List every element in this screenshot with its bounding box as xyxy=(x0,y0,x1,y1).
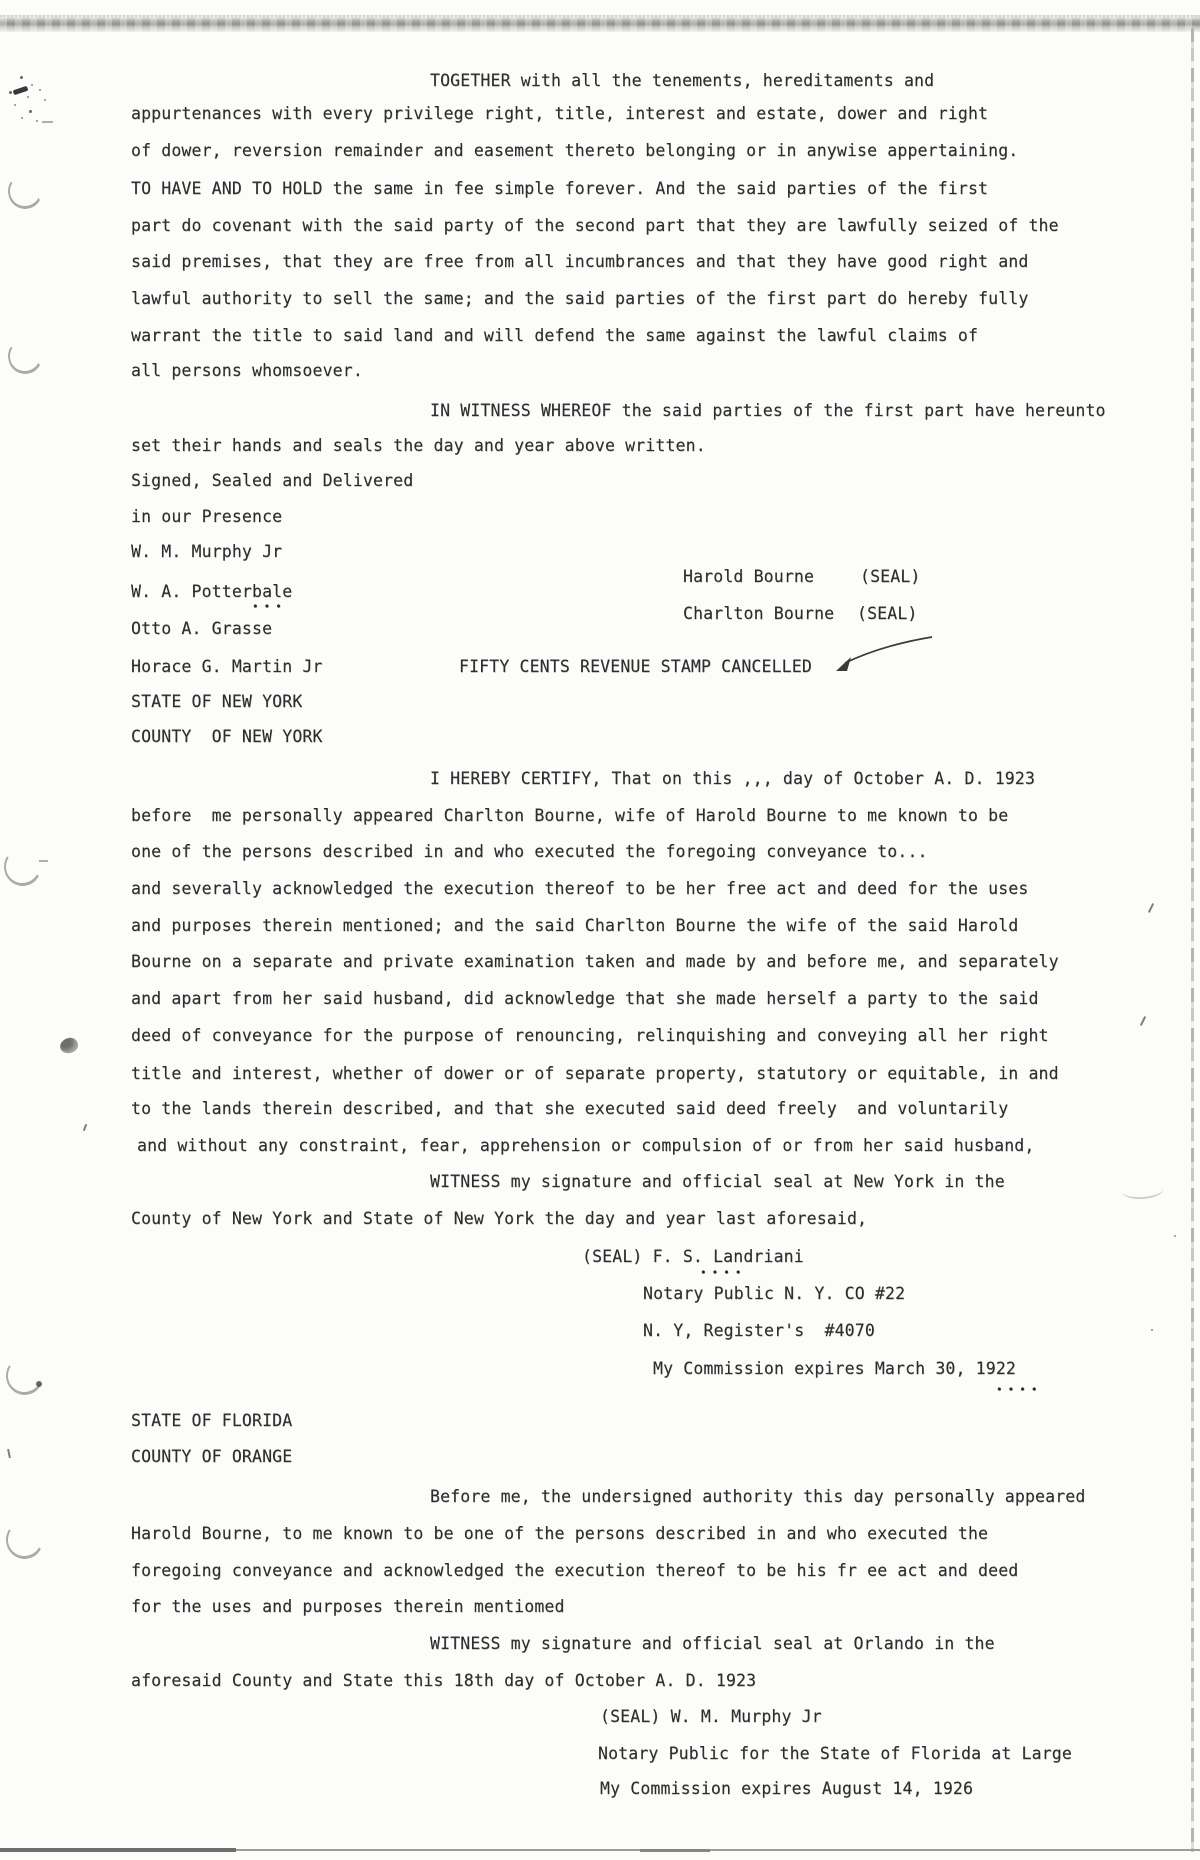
text-line: and purposes therein mentioned; and the … xyxy=(131,916,1018,936)
text-line: said premises, that they are free from a… xyxy=(131,252,1028,272)
pen-arc-mark xyxy=(5,336,46,377)
text-line: W. A. Potterbale xyxy=(131,582,292,602)
text-line: Bourne on a separate and private examina… xyxy=(131,952,1059,972)
text-line: and apart from her said husband, did ack… xyxy=(131,989,1039,1009)
text-line: part do covenant with the said party of … xyxy=(131,216,1059,236)
scan-speckle xyxy=(21,117,23,119)
scan-speckle xyxy=(31,84,33,86)
text-line: appurtenances with every privilege right… xyxy=(131,104,988,124)
text-line: N. Y, Register's #4070 xyxy=(643,1321,875,1341)
scan-speckle xyxy=(1174,1235,1176,1237)
text-line: STATE OF FLORIDA xyxy=(131,1411,292,1431)
text-line: My Commission expires August 14, 1926 xyxy=(600,1779,973,1799)
text-line: Otto A. Grasse xyxy=(131,619,272,639)
ink-dot xyxy=(9,91,12,94)
ink-dash xyxy=(42,121,53,123)
text-line: in our Presence xyxy=(131,507,282,527)
text-line: IN WITNESS WHEREOF the said parties of t… xyxy=(430,401,1106,421)
text-line: (SEAL) W. M. Murphy Jr xyxy=(600,1707,822,1727)
ink-blot xyxy=(59,1037,79,1055)
ink-dot xyxy=(36,1381,42,1387)
text-line: (SEAL) xyxy=(860,567,921,587)
text-line: STATE OF NEW YORK xyxy=(131,692,302,712)
ink-dots-row: •••• xyxy=(996,1383,1043,1396)
text-line: lawful authority to sell the same; and t… xyxy=(131,289,1028,309)
scan-edge-bottom-segment xyxy=(640,1849,710,1852)
text-line: all persons whomsoever. xyxy=(131,361,363,381)
text-line: WITNESS my signature and official seal a… xyxy=(430,1172,1005,1192)
pen-arc-mark xyxy=(5,171,46,212)
scanned-document-page: TOGETHER with all the tenements, heredit… xyxy=(0,0,1200,1860)
scan-edge-bottom-segment xyxy=(0,1848,236,1852)
text-line: TOGETHER with all the tenements, heredit… xyxy=(430,71,934,91)
text-line: foregoing conveyance and acknowledged th… xyxy=(131,1561,1018,1581)
text-line: for the uses and purposes therein mentio… xyxy=(131,1597,565,1617)
text-line: warrant the title to said land and will … xyxy=(131,326,978,346)
text-line: set their hands and seals the day and ye… xyxy=(131,436,706,456)
text-line: County of New York and State of New York… xyxy=(131,1209,867,1229)
scan-speckle xyxy=(27,96,29,98)
text-line: deed of conveyance for the purpose of re… xyxy=(131,1026,1049,1046)
scan-wave-mark xyxy=(1122,1189,1165,1201)
scan-speckle xyxy=(14,104,16,106)
text-line: FIFTY CENTS REVENUE STAMP CANCELLED xyxy=(459,657,812,677)
pen-arc-mark xyxy=(2,1518,46,1563)
text-line: Signed, Sealed and Delivered xyxy=(131,471,413,491)
scan-speckle xyxy=(39,89,41,91)
text-line: of dower, reversion remainder and easeme… xyxy=(131,141,1018,161)
text-line: Horace G. Martin Jr xyxy=(131,657,323,677)
text-line: Harold Bourne xyxy=(683,567,814,587)
text-line: title and interest, whether of dower or … xyxy=(131,1064,1059,1084)
text-line: Before me, the undersigned authority thi… xyxy=(430,1487,1085,1507)
text-line: My Commission expires March 30, 1922 xyxy=(653,1359,1016,1379)
scan-speckle xyxy=(1151,1329,1153,1331)
scan-edge-top xyxy=(0,15,1200,32)
text-line: COUNTY OF ORANGE xyxy=(131,1447,292,1467)
pen-arc-mark xyxy=(2,1354,46,1399)
ink-dot xyxy=(20,76,23,79)
text-line: COUNTY OF NEW YORK xyxy=(131,727,323,747)
text-line: WITNESS my signature and official seal a… xyxy=(430,1634,995,1654)
text-line: and without any constraint, fear, appreh… xyxy=(137,1136,1034,1156)
ink-smudge xyxy=(13,86,29,95)
pen-tick-mark xyxy=(83,1124,87,1131)
pen-tick-mark xyxy=(7,1449,11,1458)
ink-dot xyxy=(29,110,32,113)
text-line: and severally acknowledged the execution… xyxy=(131,879,1028,899)
cancelled-arrow-flourish xyxy=(830,633,936,675)
text-line: I HEREBY CERTIFY, That on this ,,, day o… xyxy=(430,769,1035,789)
text-line: before me personally appeared Charlton B… xyxy=(131,806,1008,826)
scan-edge-right xyxy=(1191,28,1194,1852)
ink-dots-row: •••• xyxy=(700,1266,747,1279)
text-line: W. M. Murphy Jr xyxy=(131,542,282,562)
text-line: Notary Public for the State of Florida a… xyxy=(598,1744,1072,1764)
text-line: to the lands therein described, and that… xyxy=(131,1099,1008,1119)
text-line: Notary Public N. Y. CO #22 xyxy=(643,1284,905,1304)
text-line: (SEAL) xyxy=(857,604,918,624)
text-line: Harold Bourne, to me known to be one of … xyxy=(131,1524,988,1544)
text-line: TO HAVE AND TO HOLD the same in fee simp… xyxy=(131,179,988,199)
text-line: aforesaid County and State this 18th day… xyxy=(131,1671,756,1691)
scan-speckle xyxy=(44,99,46,101)
pen-tick-mark xyxy=(1148,903,1154,913)
text-line: Charlton Bourne xyxy=(683,604,834,624)
pen-tick-mark xyxy=(1140,1016,1146,1026)
pen-arc-mark xyxy=(0,845,44,890)
ink-dots-row: ••• xyxy=(252,600,287,613)
scan-speckle xyxy=(36,120,38,122)
text-line: (SEAL) F. S. Landriani xyxy=(582,1247,804,1267)
ink-dash xyxy=(39,860,48,862)
text-line: one of the persons described in and who … xyxy=(131,842,928,862)
